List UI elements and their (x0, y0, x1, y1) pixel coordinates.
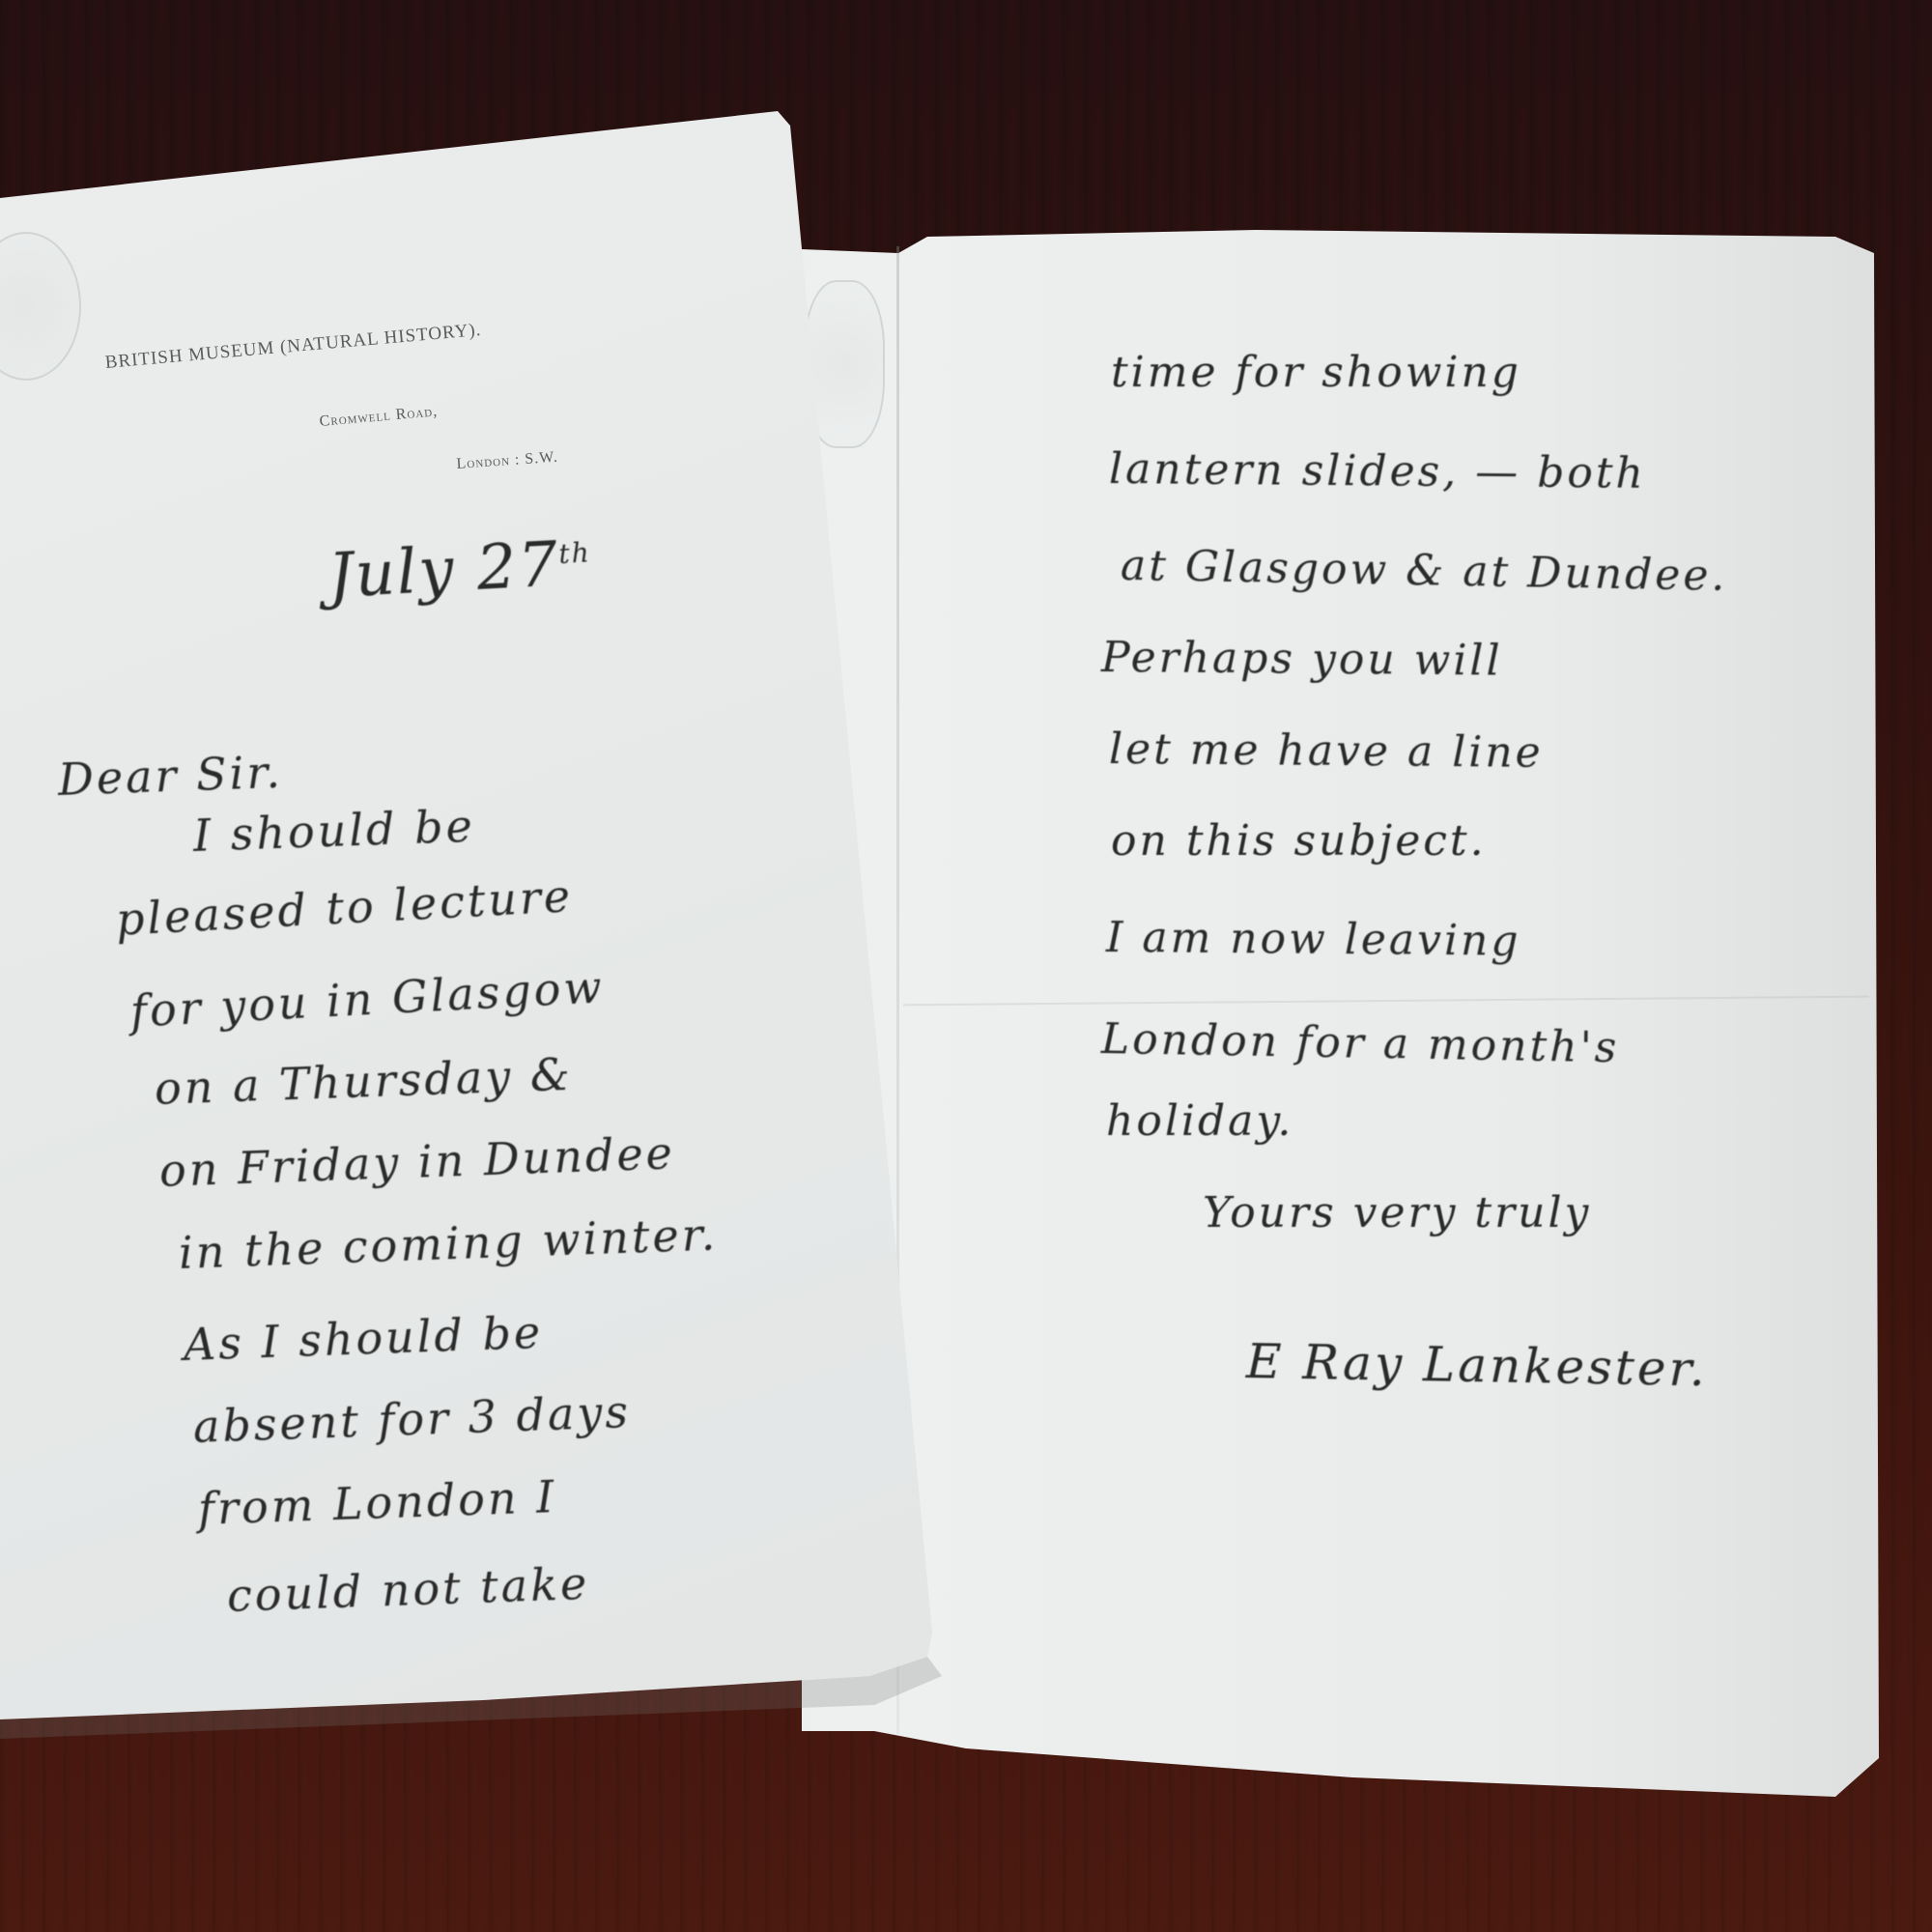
page2-line: London for a month's (1101, 1014, 1620, 1072)
page2-line: Perhaps you will (1101, 633, 1503, 686)
letter-salutation: Dear Sir. (57, 746, 284, 806)
page2-line: at Glasgow & at Dundee. (1121, 541, 1728, 601)
page2-line: on this subject. (1111, 816, 1487, 866)
page2-line: holiday. (1106, 1096, 1293, 1146)
letter-date: July 27th (327, 527, 593, 612)
page2-line: time for showing (1111, 348, 1521, 397)
letter-signature: E Ray Lankester. (1245, 1333, 1708, 1397)
page2-line: lantern slides, — both (1109, 444, 1646, 498)
page2-line: I am now leaving (1106, 913, 1521, 966)
letter-closing: Yours very truly (1203, 1188, 1591, 1237)
letter-date-suffix: th (558, 536, 592, 570)
page2-line: let me have a line (1109, 724, 1544, 778)
letter-date-text: July 27 (327, 529, 561, 612)
page1-line: I should be (192, 800, 476, 862)
photo-scene: time for showing lantern slides, — both … (0, 0, 1932, 1932)
